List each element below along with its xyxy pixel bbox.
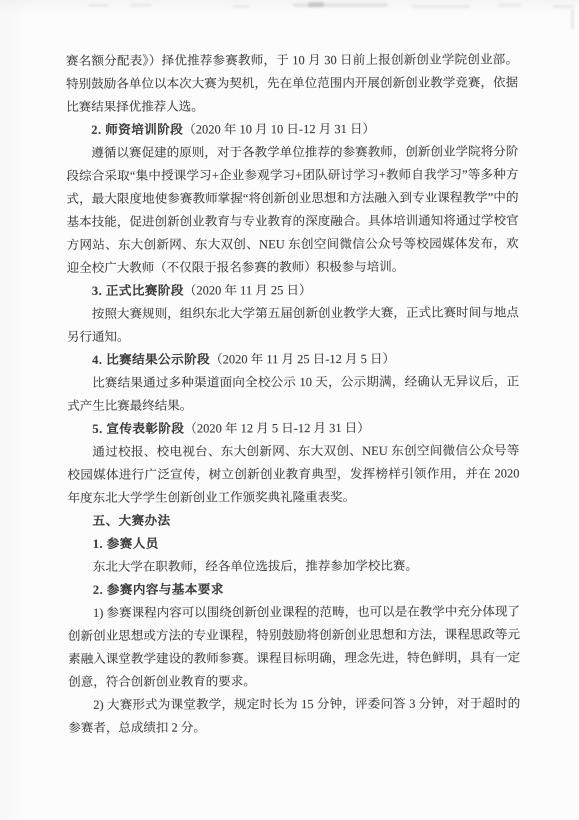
scan-smudge	[498, 4, 522, 7]
section-heading-label: 3. 正式比赛阶段	[92, 284, 184, 298]
paragraph: 比赛结果通过多种渠道面向全校公示 10 天，公示期满，经确认无异议后，正式产生比…	[67, 370, 519, 418]
scanned-document-page: 赛名额分配表》）择优推荐参赛教师，于 10 月 30 日前上报创新创业学院创业部…	[0, 0, 579, 820]
section-heading-date: （2020 年 10 月 10 日-12 月 31 日）	[183, 122, 375, 137]
paragraph: 遵循以赛促建的原则，对于各教学单位推荐的参赛教师，创新创业学院将分阶段综合采取“…	[66, 140, 518, 280]
section-heading: 2. 参赛内容与基本要求	[68, 577, 520, 602]
section-heading: 2. 师资培训阶段（2020 年 10 月 10 日-12 月 31 日）	[66, 117, 518, 142]
scan-smudge	[412, 5, 470, 8]
paragraph: 东北大学在职教师，经各单位选拔后，推荐参加学校比赛。	[68, 554, 520, 579]
scan-smudge	[88, 4, 108, 7]
section-heading-label: 五、大赛办法	[93, 514, 171, 528]
section-heading-label: 1. 参赛人员	[93, 537, 159, 551]
section-heading-label: 2. 参赛内容与基本要求	[93, 582, 224, 596]
section-heading-date: （2020 年 11 月 25 日-12 月 5 日）	[210, 352, 395, 367]
section-heading: 4. 比赛结果公示阶段（2020 年 11 月 25 日-12 月 5 日）	[67, 347, 519, 372]
section-heading-date: （2020 年 11 月 25 日）	[184, 283, 312, 297]
scan-smudge	[308, 2, 324, 7]
paragraph: 2) 大赛形式为课堂教学，规定时长为 15 分钟，评委问答 3 分钟，对于超时的…	[68, 692, 520, 740]
section-heading: 3. 正式比赛阶段（2020 年 11 月 25 日）	[67, 278, 519, 303]
scan-smudge	[232, 5, 250, 8]
section-heading: 5. 宣传表彰阶段（2020 年 12 月 5 日-12 月 31 日）	[67, 416, 519, 441]
paragraph: 赛名额分配表》）择优推荐参赛教师，于 10 月 30 日前上报创新创业学院创业部…	[66, 48, 518, 119]
section-heading-label: 2. 师资培训阶段	[91, 123, 183, 137]
section-heading-date: （2020 年 12 月 5 日-12 月 31 日）	[184, 421, 369, 436]
scan-smudge	[553, 5, 573, 8]
document-body: 赛名额分配表》）择优推荐参赛教师，于 10 月 30 日前上报创新创业学院创业部…	[66, 48, 520, 740]
paragraph: 按照大赛规则，组织东北大学第五届创新创业教学大赛，正式比赛时间与地点另行通知。	[67, 301, 519, 349]
paragraph: 通过校报、校电视台、东大创新网、东大双创、NEU 东创空间微信公众号等校园媒体进…	[67, 439, 519, 510]
scan-smudge	[130, 4, 152, 7]
paragraph: 1) 参赛课程内容可以围绕创新创业课程的范畴，也可以是在教学中充分体现了创新创业…	[68, 600, 520, 694]
section-heading: 1. 参赛人员	[68, 531, 520, 556]
scan-smudge	[571, 9, 574, 29]
section-heading: 五、大赛办法	[68, 508, 520, 533]
section-heading-label: 4. 比赛结果公示阶段	[92, 352, 210, 366]
section-heading-label: 5. 宣传表彰阶段	[92, 422, 184, 436]
